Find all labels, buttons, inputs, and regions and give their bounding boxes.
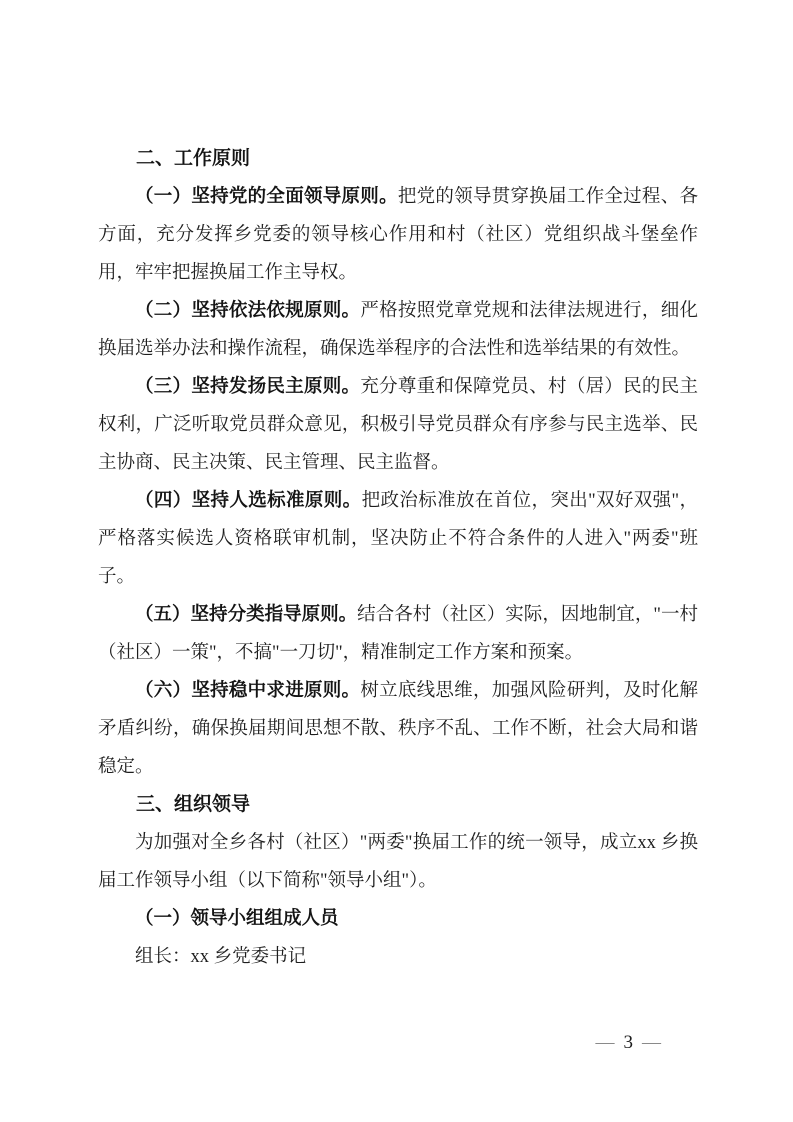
paragraph-group-leader: 组长：xx 乡党委书记 — [98, 938, 698, 976]
paragraph-leading-group-members-heading: （一）领导小组组成人员 — [98, 900, 698, 938]
paragraph-lead: （五）坚持分类指导原则。 — [135, 605, 357, 625]
paragraph-principle-5: （五）坚持分类指导原则。结合各村（社区）实际，因地制宜，"一村（社区）一策"，不… — [98, 596, 698, 672]
paragraph-text: 组长：xx 乡党委书记 — [135, 947, 306, 967]
paragraph-principle-1: （一）坚持党的全面领导原则。把党的领导贯穿换届工作全过程、各方面，充分发挥乡党委… — [98, 178, 698, 292]
page-number: —3— — [587, 1031, 671, 1055]
paragraph-lead: （一）领导小组组成人员 — [135, 909, 339, 929]
paragraph-leadership-intro: 为加强对全乡各村（社区）"两委"换届工作的统一领导，成立xx 乡换届工作领导小组… — [98, 824, 698, 900]
section-heading-work-principles: 二、工作原则 — [98, 140, 698, 178]
document-page: 二、工作原则 （一）坚持党的全面领导原则。把党的领导贯穿换届工作全过程、各方面，… — [0, 0, 793, 1122]
paragraph-principle-6: （六）坚持稳中求进原则。树立底线思维，加强风险研判，及时化解矛盾纠纷，确保换届期… — [98, 672, 698, 786]
paragraph-lead: （一）坚持党的全面领导原则。 — [135, 187, 398, 207]
paragraph-lead: （二）坚持依法依规原则。 — [135, 301, 360, 321]
page-number-dash-left: — — [587, 1032, 624, 1053]
section-heading-organizational-leadership: 三、组织领导 — [98, 786, 698, 824]
paragraph-lead: （三）坚持发扬民主原则。 — [135, 377, 360, 397]
page-number-dash-right: — — [633, 1032, 670, 1053]
paragraph-principle-3: （三）坚持发扬民主原则。充分尊重和保障党员、村（居）民的民主权利，广泛听取党员群… — [98, 368, 698, 482]
document-body: 二、工作原则 （一）坚持党的全面领导原则。把党的领导贯穿换届工作全过程、各方面，… — [98, 140, 698, 976]
paragraph-lead: （四）坚持人选标准原则。 — [135, 491, 362, 511]
paragraph-lead: （六）坚持稳中求进原则。 — [135, 681, 360, 701]
paragraph-text: 为加强对全乡各村（社区）"两委"换届工作的统一领导，成立xx 乡换届工作领导小组… — [98, 833, 698, 891]
page-number-value: 3 — [624, 1032, 634, 1053]
paragraph-principle-4: （四）坚持人选标准原则。把政治标准放在首位，突出"双好双强"，严格落实候选人资格… — [98, 482, 698, 596]
paragraph-principle-2: （二）坚持依法依规原则。严格按照党章党规和法律法规进行，细化换届选举办法和操作流… — [98, 292, 698, 368]
